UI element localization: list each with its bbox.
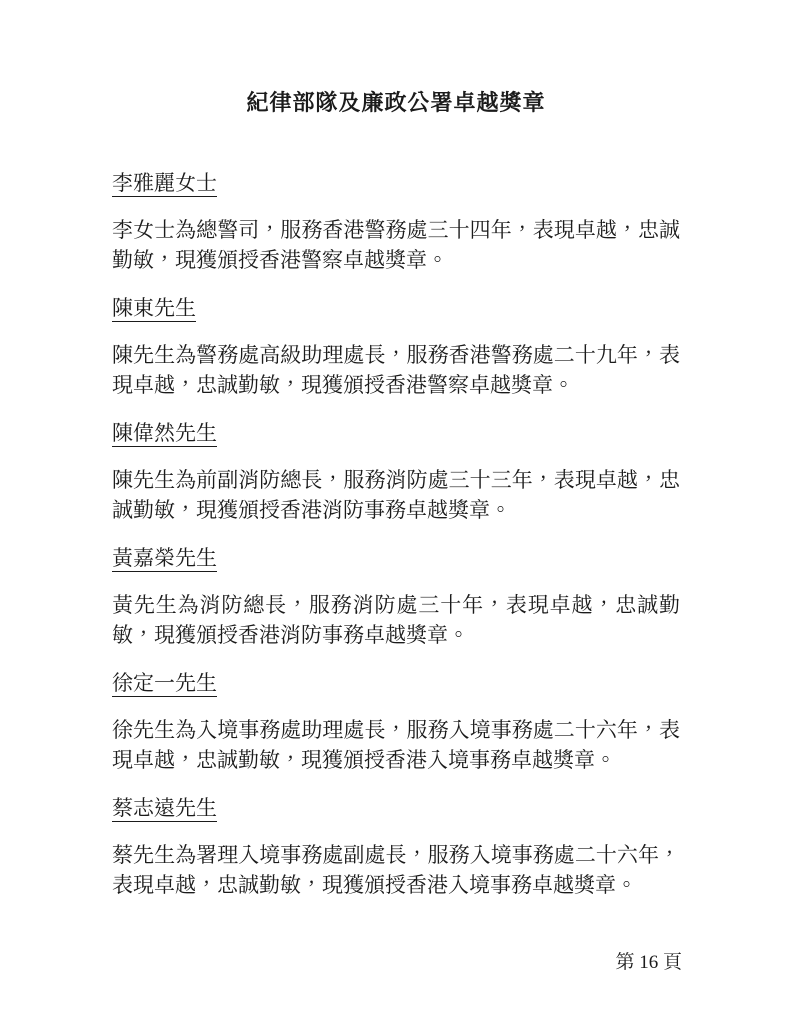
page-number: 第 16 頁 bbox=[615, 951, 682, 975]
recipient-citation: 李女士為總警司，服務香港警務處三十四年，表現卓越，忠誠勤敏，現獲頒授香港警察卓越… bbox=[112, 215, 680, 275]
recipient-name-row: 蔡志遠先生 bbox=[112, 793, 680, 823]
recipient-name: 陳東先生 bbox=[112, 296, 196, 322]
document-title: 紀律部隊及廉政公署卓越獎章 bbox=[112, 88, 680, 118]
recipient-name-row: 李雅麗女士 bbox=[112, 168, 680, 198]
award-entry: 陳東先生 陳先生為警務處高級助理處長，服務香港警務處二十九年，表現卓越，忠誠勤敏… bbox=[112, 293, 680, 400]
recipient-citation: 陳先生為前副消防總長，服務消防處三十三年，表現卓越，忠誠勤敏，現獲頒授香港消防事… bbox=[112, 465, 680, 525]
award-entry: 黃嘉榮先生 黃先生為消防總長，服務消防處三十年，表現卓越，忠誠勤敏，現獲頒授香港… bbox=[112, 543, 680, 650]
award-entry: 李雅麗女士 李女士為總警司，服務香港警務處三十四年，表現卓越，忠誠勤敏，現獲頒授… bbox=[112, 168, 680, 275]
award-entry: 蔡志遠先生 蔡先生為署理入境事務處副處長，服務入境事務處二十六年，表現卓越，忠誠… bbox=[112, 793, 680, 900]
recipient-name-row: 陳偉然先生 bbox=[112, 418, 680, 448]
award-entries: 李雅麗女士 李女士為總警司，服務香港警務處三十四年，表現卓越，忠誠勤敏，現獲頒授… bbox=[112, 168, 680, 900]
recipient-name: 黃嘉榮先生 bbox=[112, 546, 217, 572]
recipient-name-row: 黃嘉榮先生 bbox=[112, 543, 680, 573]
recipient-name: 李雅麗女士 bbox=[112, 171, 217, 197]
recipient-name: 蔡志遠先生 bbox=[112, 796, 217, 822]
recipient-citation: 陳先生為警務處高級助理處長，服務香港警務處二十九年，表現卓越，忠誠勤敏，現獲頒授… bbox=[112, 340, 680, 400]
award-entry: 徐定一先生 徐先生為入境事務處助理處長，服務入境事務處二十六年，表現卓越，忠誠勤… bbox=[112, 668, 680, 775]
recipient-citation: 黃先生為消防總長，服務消防處三十年，表現卓越，忠誠勤敏，現獲頒授香港消防事務卓越… bbox=[112, 590, 680, 650]
recipient-citation: 蔡先生為署理入境事務處副處長，服務入境事務處二十六年，表現卓越，忠誠勤敏，現獲頒… bbox=[112, 840, 680, 900]
recipient-citation: 徐先生為入境事務處助理處長，服務入境事務處二十六年，表現卓越，忠誠勤敏，現獲頒授… bbox=[112, 715, 680, 775]
recipient-name-row: 陳東先生 bbox=[112, 293, 680, 323]
recipient-name: 陳偉然先生 bbox=[112, 421, 217, 447]
award-entry: 陳偉然先生 陳先生為前副消防總長，服務消防處三十三年，表現卓越，忠誠勤敏，現獲頒… bbox=[112, 418, 680, 525]
document-page: 紀律部隊及廉政公署卓越獎章 李雅麗女士 李女士為總警司，服務香港警務處三十四年，… bbox=[0, 0, 791, 1024]
recipient-name-row: 徐定一先生 bbox=[112, 668, 680, 698]
recipient-name: 徐定一先生 bbox=[112, 671, 217, 697]
